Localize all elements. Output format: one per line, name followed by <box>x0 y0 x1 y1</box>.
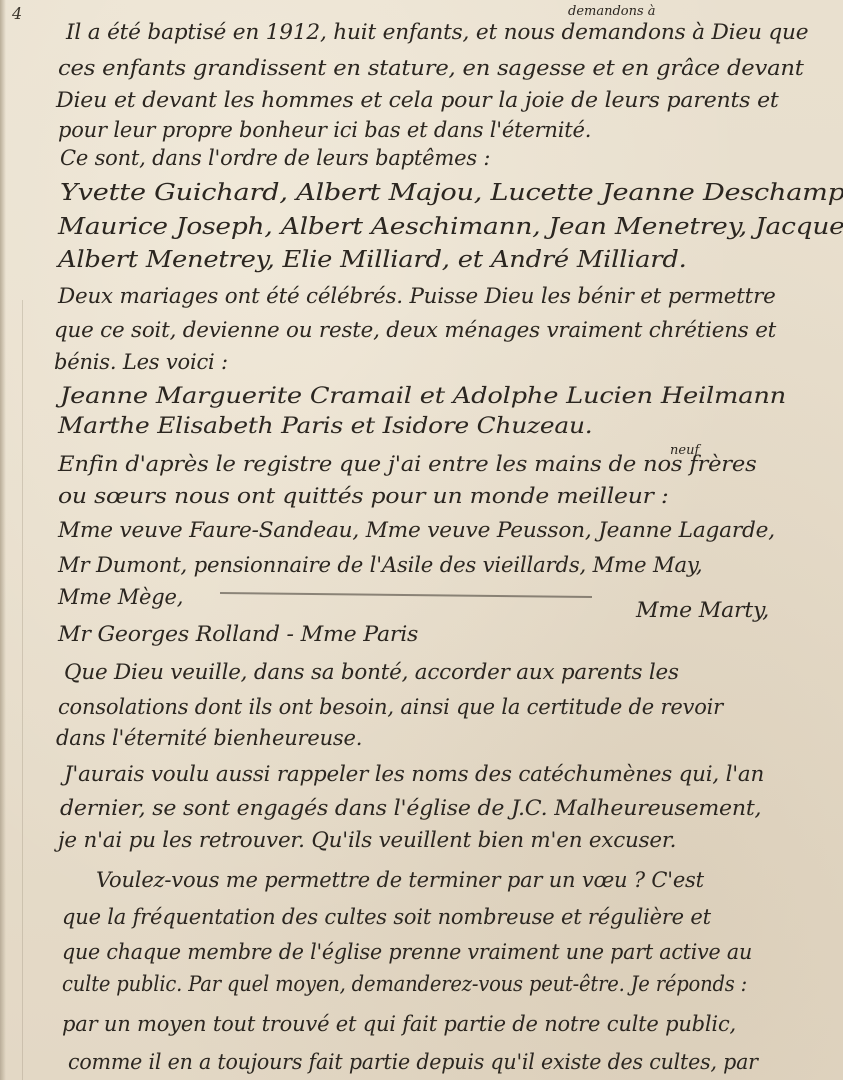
text-line: Mme Marty, <box>636 598 769 622</box>
text-line: que ce soit, devienne ou reste, deux mén… <box>54 318 776 342</box>
text-line: Ce sont, dans l'ordre de leurs baptêmes … <box>60 146 490 170</box>
text-line: Marthe Elisabeth Paris et Isidore Chuzea… <box>58 414 592 439</box>
text-line: J'aurais voulu aussi rappeler les noms d… <box>64 762 764 786</box>
text-line: ces enfants grandissent en stature, en s… <box>58 56 804 80</box>
text-line: Voulez-vous me permettre de terminer par… <box>96 868 704 892</box>
text-line: Il a été baptisé en 1912, huit enfants, … <box>66 20 808 44</box>
text-line: Yvette Guichard, Albert Majou, Lucette J… <box>60 180 843 206</box>
text-line: par un moyen tout trouvé et qui fait par… <box>62 1012 736 1036</box>
text-line: Albert Menetrey, Elie Milliard, et André… <box>58 247 687 273</box>
text-line: que chaque membre de l'église prenne vra… <box>62 940 752 964</box>
margin-rule <box>22 300 23 1080</box>
text-line: Dieu et devant les hommes et cela pour l… <box>56 88 779 112</box>
text-line: je n'ai pu les retrouver. Qu'ils veuille… <box>58 828 676 852</box>
text-line: que la fréquentation des cultes soit nom… <box>62 905 711 929</box>
text-line: Mme veuve Faure-Sandeau, Mme veuve Peuss… <box>58 518 775 542</box>
page-edge-shadow <box>0 0 6 1080</box>
interlinear-insert: demandons à <box>568 4 656 19</box>
page-number: 4 <box>12 4 22 23</box>
text-line: Mr Dumont, pensionnaire de l'Asile des v… <box>58 553 702 577</box>
text-line: bénis. Les voici : <box>54 350 228 374</box>
text-line: Enfin d'après le registre que j'ai entre… <box>58 452 757 476</box>
text-line: Deux mariages ont été célébrés. Puisse D… <box>58 284 776 308</box>
text-line: dans l'éternité bienheureuse. <box>56 726 362 750</box>
manuscript-page: 4 demandons à neuf Il a été baptisé en 1… <box>0 0 843 1080</box>
text-line: Que Dieu veuille, dans sa bonté, accorde… <box>64 660 679 684</box>
text-line: comme il en a toujours fait partie depui… <box>68 1050 758 1074</box>
filler-rule <box>220 592 592 598</box>
text-line: Maurice Joseph, Albert Aeschimann, Jean … <box>58 214 843 240</box>
text-line: pour leur propre bonheur ici bas et dans… <box>58 118 591 142</box>
text-line: dernier, se sont engagés dans l'église d… <box>60 796 761 820</box>
text-line: Mme Mège, <box>58 585 183 609</box>
text-line: Jeanne Marguerite Cramail et Adolphe Luc… <box>60 384 786 409</box>
text-line: ou sœurs nous ont quittés pour un monde … <box>58 484 669 508</box>
text-line: Mr Georges Rolland - Mme Paris <box>58 622 418 646</box>
text-line: consolations dont ils ont besoin, ainsi … <box>58 695 723 719</box>
text-line: culte public. Par quel moyen, demanderez… <box>62 972 747 996</box>
